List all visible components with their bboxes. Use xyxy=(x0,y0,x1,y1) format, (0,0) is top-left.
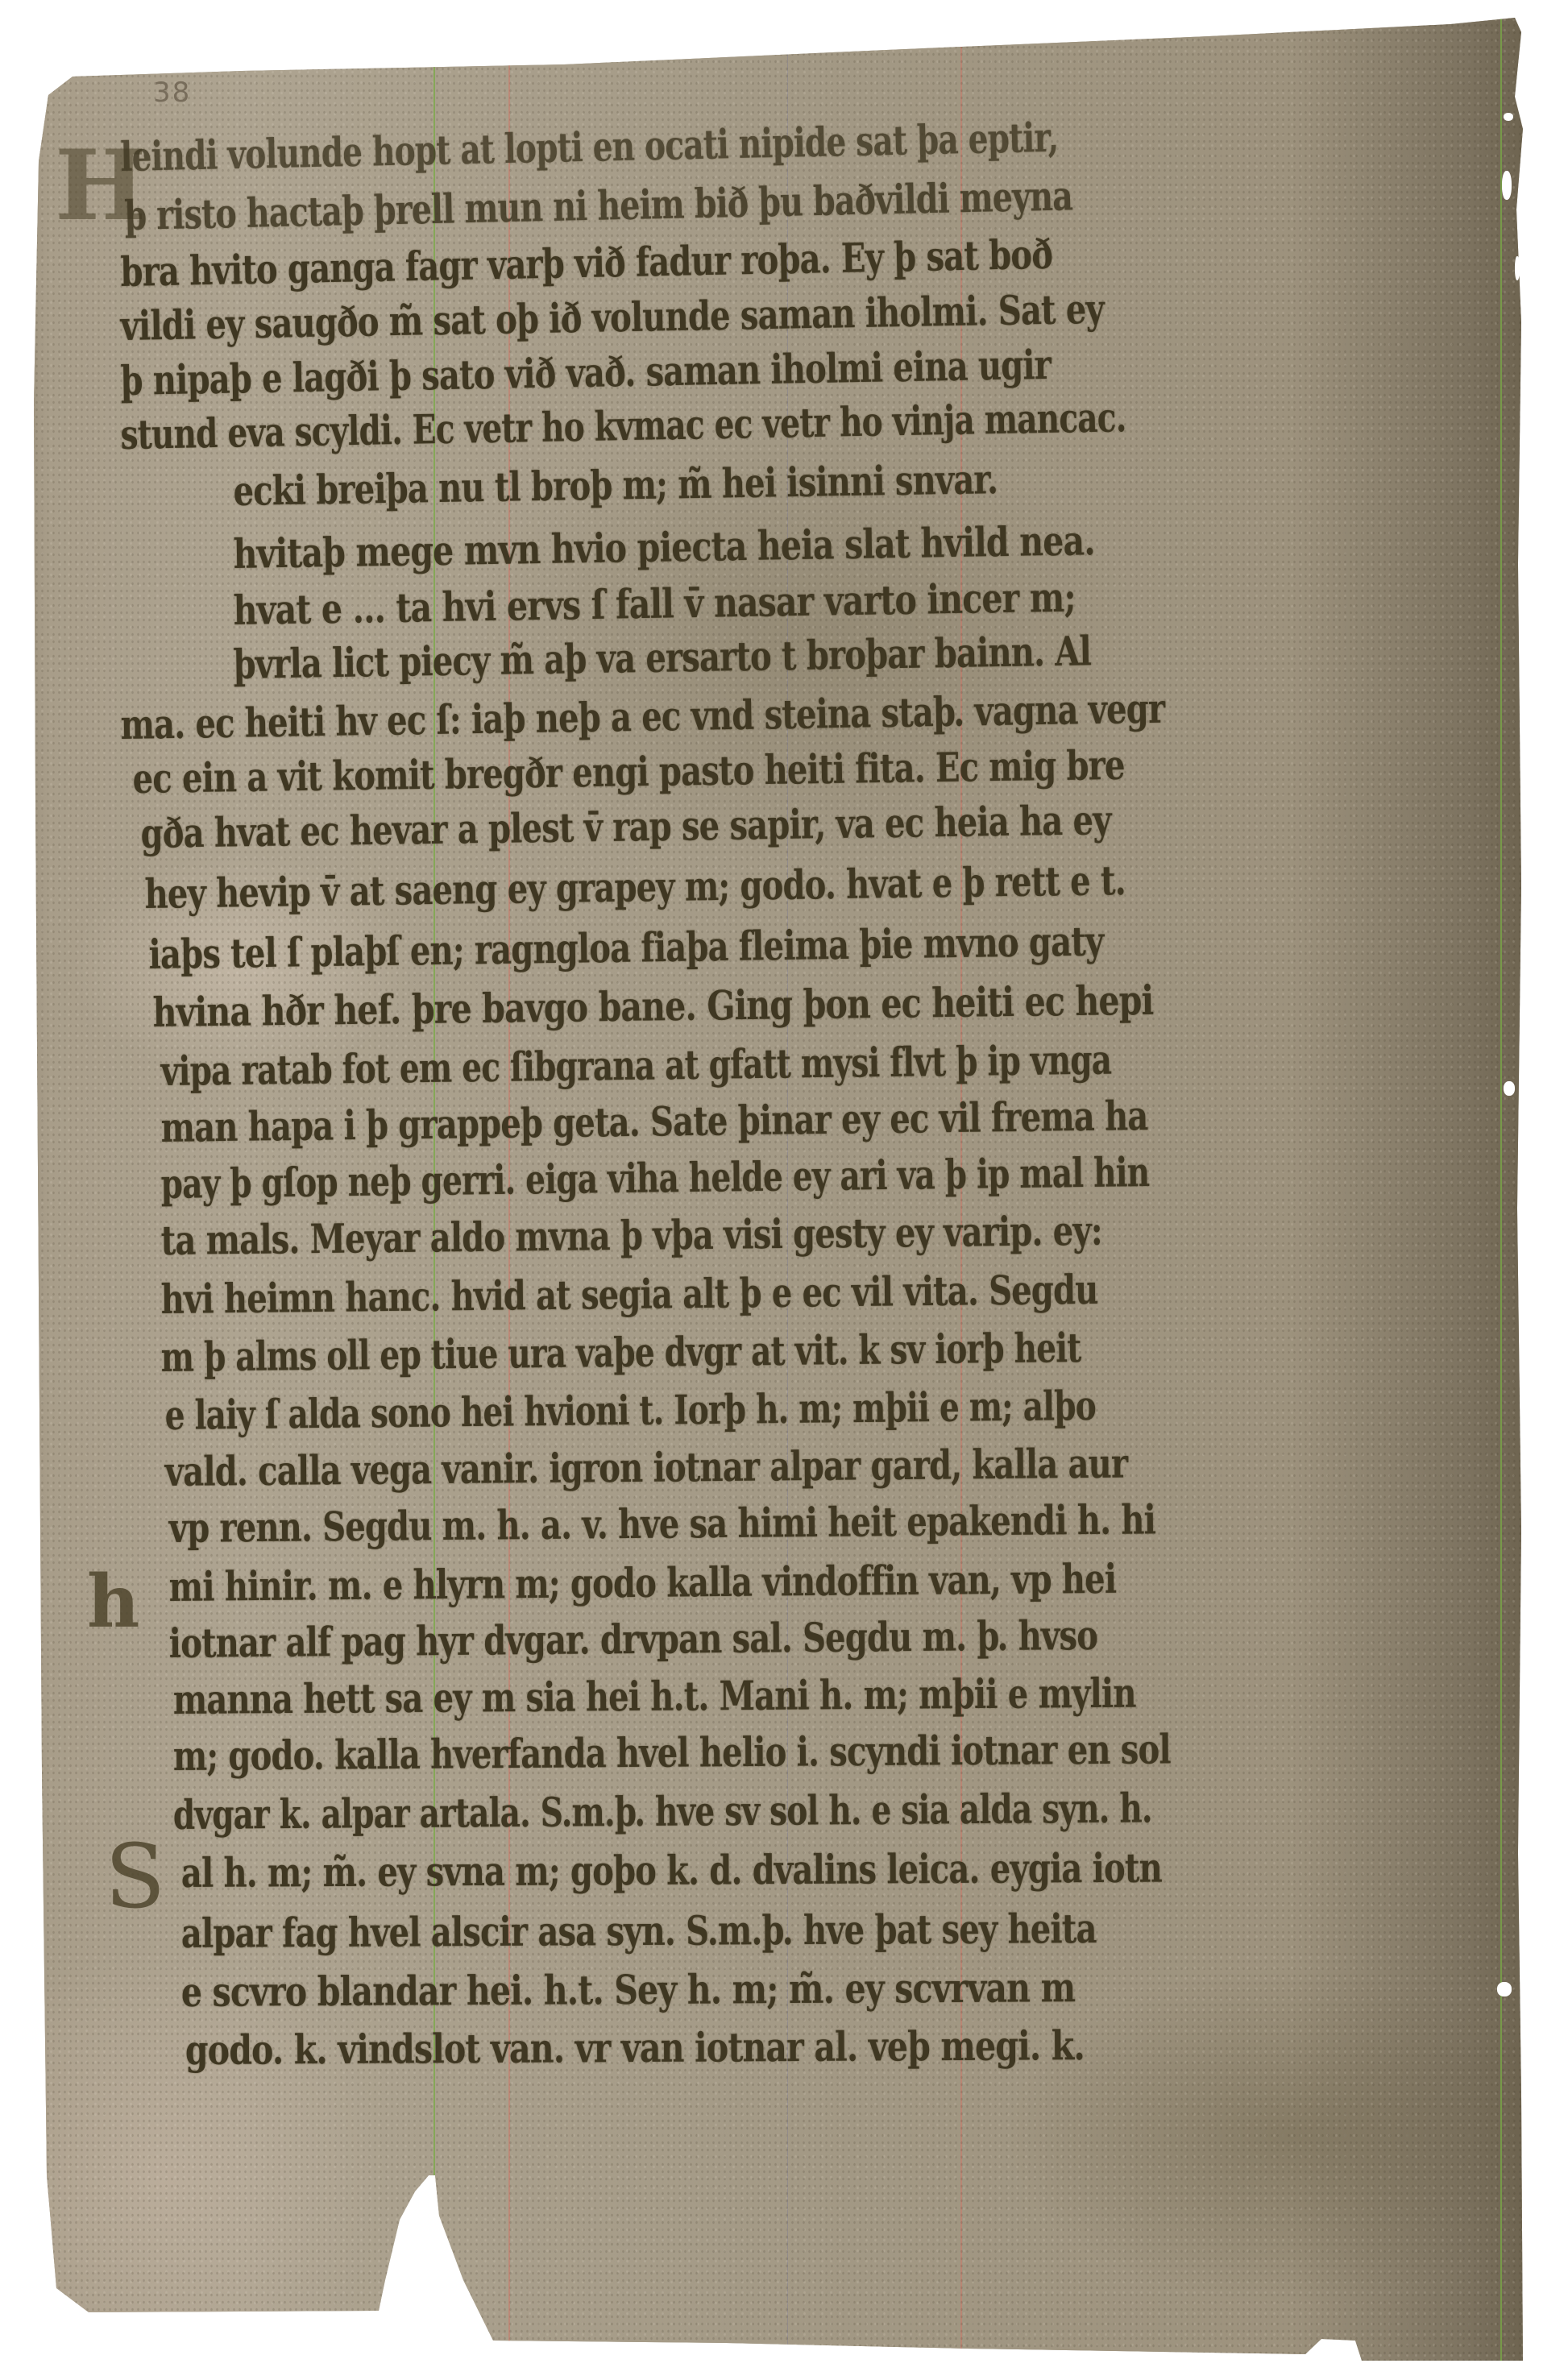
text-line: dvgar k. alpar artala. S.m.þ. hve sv sol… xyxy=(173,1789,1152,1835)
text-line: ta mals. Meyar aldo mvna þ vþa visi gest… xyxy=(160,1211,1102,1261)
text-line: ecki breiþa nu tl broþ m; m̃ hei isinni … xyxy=(233,459,998,512)
text-line: þ risto hactaþ þrell mun ni heim bið þu … xyxy=(124,176,1073,236)
text-line: hvitaþ mege mvn hvio piecta heia slat hv… xyxy=(233,520,1095,574)
text-line: al h. m; m̃. ey svna m; goþo k. d. dvali… xyxy=(181,1848,1162,1893)
text-line: hvat e ... ta hvi ervs ſ fall v̄ nasar v… xyxy=(233,578,1076,631)
text-line: manna hett sa ey m sia hei h.t. Mani h. … xyxy=(173,1673,1136,1720)
text-line: pay þ gſop neþ gerri. eiga viha helde ey… xyxy=(160,1152,1149,1205)
text-line: ma. ec heiti hv ec ſ: iaþ neþ a ec vnd s… xyxy=(120,689,1164,745)
text-line: hvina hðr hef. þre bavgo bane. Ging þon … xyxy=(152,981,1153,1033)
manuscript-text: leindi volunde hopt at lopti en ocati ni… xyxy=(0,0,1568,2380)
text-line: ec ein a vit komit bregðr engi pasto hei… xyxy=(132,745,1125,799)
text-line: iotnar alf pag hyr dvgar. drvpan sal. Se… xyxy=(169,1615,1098,1664)
text-line: godo. k. vindslot van. vr van iotnar al.… xyxy=(185,2025,1085,2071)
text-line: leindi volunde hopt at lopti en ocati ni… xyxy=(120,118,1059,177)
text-line: hey hevip v̄ at saeng ey grapey m; godo.… xyxy=(144,860,1126,914)
text-line: e laiy ſ alda sono hei hvioni t. Iorþ h.… xyxy=(164,1386,1096,1436)
text-line: vp renn. Segdu m. h. a. v. hve sa himi h… xyxy=(169,1499,1156,1549)
text-line: þ nipaþ e lagði þ sato við vað. saman ih… xyxy=(120,345,1051,401)
text-line: vald. calla vega vanir. igron iotnar alp… xyxy=(165,1444,1128,1492)
text-line: hvi heimn hanc. hvid at segia alt þ e ec… xyxy=(160,1270,1097,1320)
text-line: gða hvat ec hevar a plest v̄ rap se sapi… xyxy=(140,800,1111,854)
text-line: alpar fag hvel alscir asa syn. S.m.þ. hv… xyxy=(181,1909,1097,1954)
text-line: m; godo. kalla hverfanda hvel helio i. s… xyxy=(173,1729,1171,1777)
text-line: e scvro blandar hei. h.t. Sey h. m; m̃. … xyxy=(181,1967,1076,2013)
text-line: stund eva scyldi. Ec vetr ho kvmac ec ve… xyxy=(120,397,1126,455)
text-line: man hapa i þ grappeþ geta. Sate þinar ey… xyxy=(160,1096,1147,1148)
text-line: mi hinir. m. e hlyrn m; godo kalla vindo… xyxy=(169,1559,1117,1607)
text-line: bra hvito ganga fagr varþ við fadur roþa… xyxy=(120,234,1052,292)
text-line: m þ alms oll ep tiue ura vaþe dvgr at vi… xyxy=(160,1328,1081,1378)
text-line: vipa ratab fot em ec ſibgrana at gfatt m… xyxy=(160,1040,1111,1092)
text-line: iaþs tel ſ plaþſ en; ragngloa fiaþa flei… xyxy=(148,921,1103,975)
text-line: þvrla lict piecy m̃ aþ va ersarto t broþ… xyxy=(233,631,1091,685)
text-line: vildi ey saugðo m̃ sat oþ ið volunde sam… xyxy=(120,289,1104,346)
